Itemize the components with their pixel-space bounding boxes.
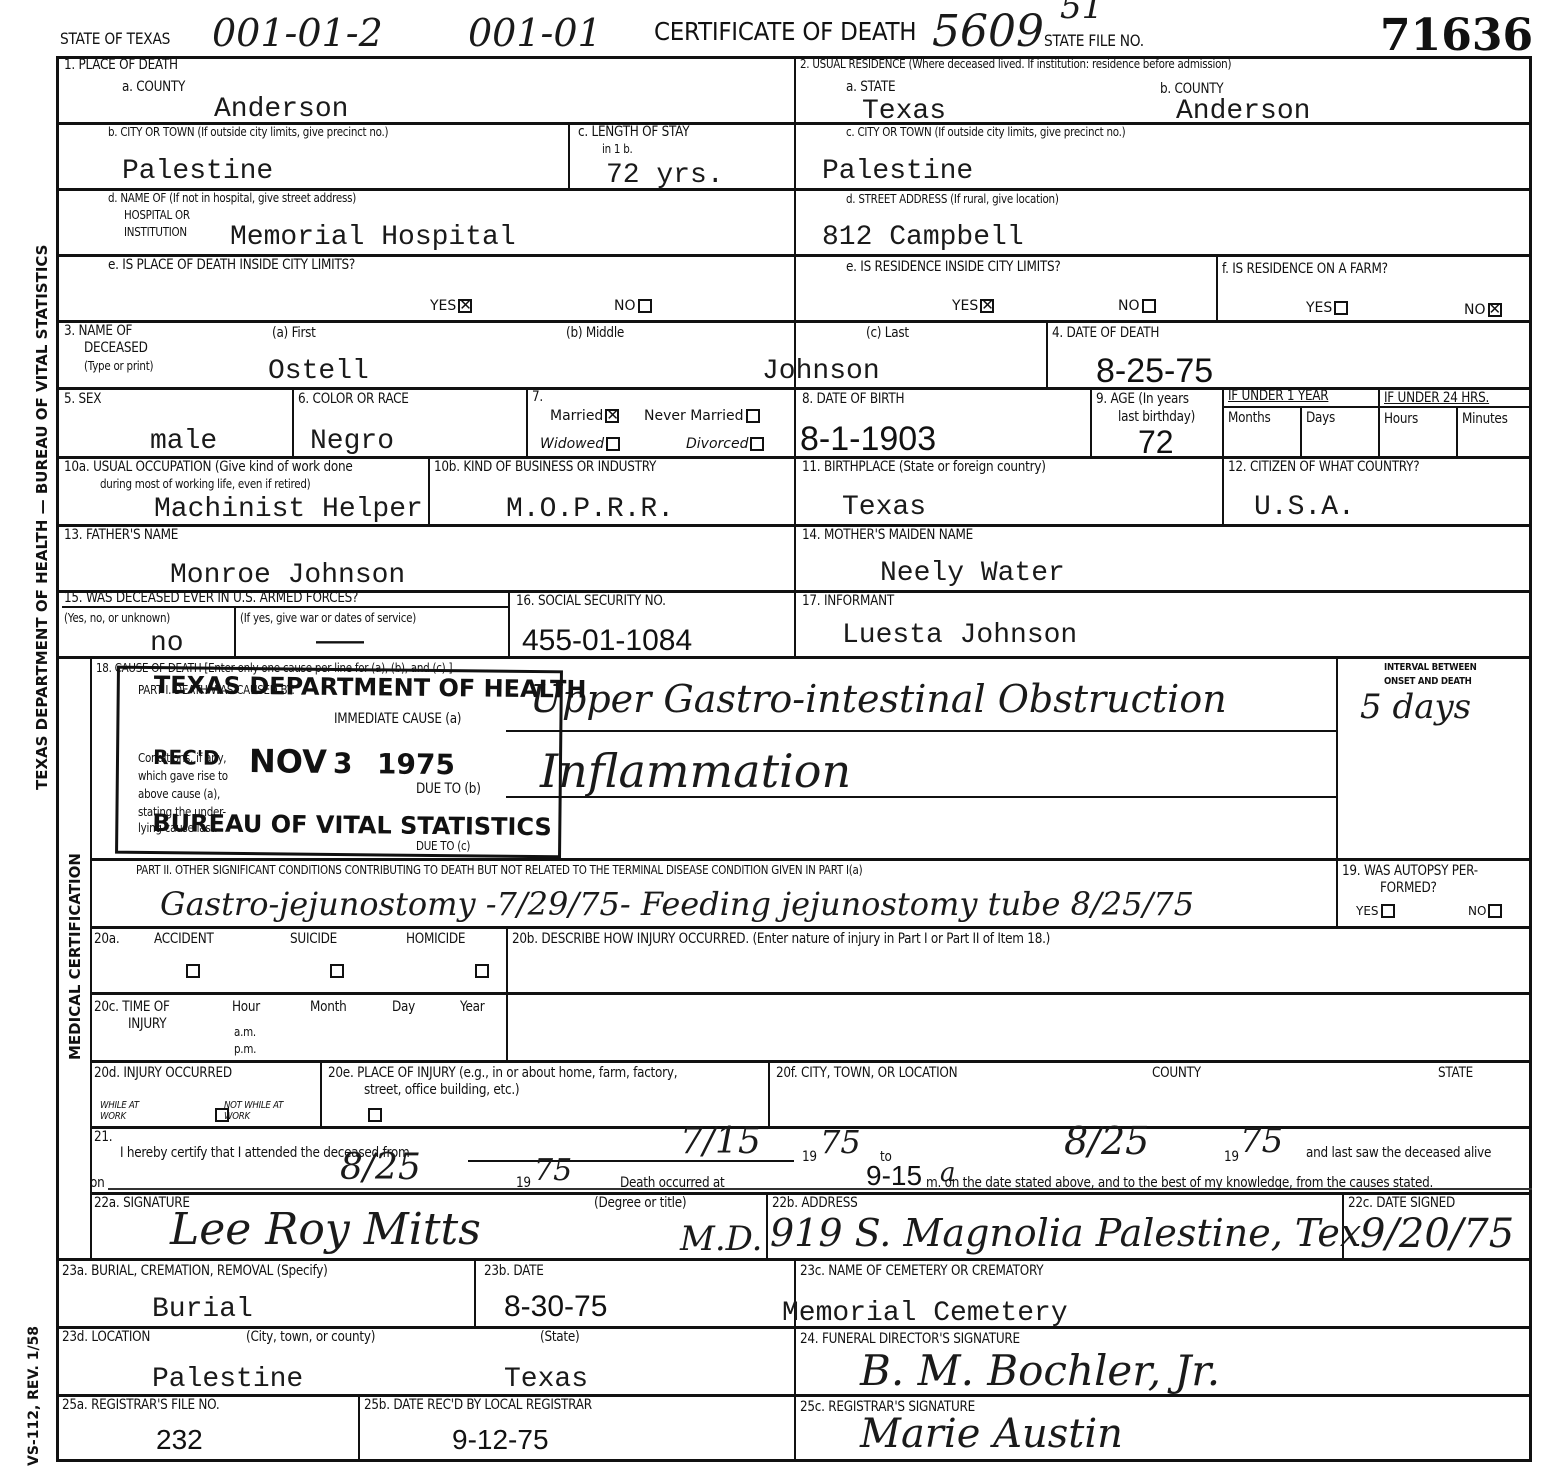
birthplace-value[interactable]: Texas <box>842 494 926 522</box>
physician-address-value[interactable]: 919 S. Magnolia Palestine, Tex <box>770 1214 1361 1252</box>
age-label: 9. AGE (In years <box>1096 392 1189 407</box>
time-of-injury-label-2: INJURY <box>128 1017 166 1032</box>
farm-no[interactable]: NO <box>1464 302 1502 318</box>
location-label: 23d. LOCATION <box>62 1330 150 1345</box>
father-label: 13. FATHER'S NAME <box>64 528 178 543</box>
while-at-work-label: WHILE AT WORK <box>100 1100 152 1122</box>
time-of-injury-label: 20c. TIME OF <box>94 1000 170 1015</box>
accident-checkbox[interactable] <box>186 964 200 978</box>
checkbox-icon[interactable] <box>1381 904 1395 918</box>
marital-married[interactable]: Married <box>550 408 619 424</box>
business-label: 10b. KIND OF BUSINESS OR INDUSTRY <box>434 460 656 475</box>
autopsy-label: 19. WAS AUTOPSY PER- <box>1342 864 1478 879</box>
handwritten-number-top: 51 <box>1060 0 1103 24</box>
date-of-birth-value[interactable]: 8-1-1903 <box>800 420 936 459</box>
to-year-prefix: 19 <box>1224 1150 1239 1165</box>
death-time-value[interactable]: 9-15 <box>866 1160 922 1192</box>
divider <box>508 590 510 656</box>
marital-divorced[interactable]: Divorced <box>686 436 764 452</box>
divider <box>1046 320 1048 387</box>
mother-label: 14. MOTHER'S MAIDEN NAME <box>802 528 973 543</box>
disposition-date-value[interactable]: 8-30-75 <box>504 1290 607 1324</box>
divider <box>526 387 528 456</box>
attended-from-year[interactable]: 75 <box>820 1126 861 1158</box>
checkbox-icon[interactable] <box>750 437 764 451</box>
suicide-checkbox[interactable] <box>330 964 344 978</box>
hour-label: Hour <box>232 1000 260 1015</box>
on-label: on <box>90 1176 104 1191</box>
armed-forces-value[interactable]: no <box>150 630 184 658</box>
disposition-label: 23a. BURIAL, CREMATION, REMOVAL (Specify… <box>62 1264 328 1279</box>
city-label: b. CITY OR TOWN (If outside city limits,… <box>108 126 388 139</box>
farm-yes[interactable]: YES <box>1306 300 1348 316</box>
location-city-label: (City, town, or county) <box>246 1330 375 1345</box>
handwritten-number: 5609 <box>932 10 1044 54</box>
death-county-value[interactable]: Anderson <box>214 96 348 124</box>
divider <box>1216 254 1218 320</box>
divider <box>1300 408 1302 456</box>
physician-address-label: 22b. ADDRESS <box>772 1196 858 1211</box>
state-label: STATE OF TEXAS <box>60 30 170 48</box>
place-of-death-label: 1. PLACE OF DEATH <box>64 58 178 73</box>
middle-name-label: (b) Middle <box>566 326 624 341</box>
street-address-value[interactable]: 812 Campbell <box>822 224 1024 252</box>
divider <box>90 1126 1532 1129</box>
armed-forces-service[interactable]: —— <box>316 628 364 656</box>
stamp-month: NOV <box>249 742 327 781</box>
stamp-year: 1975 <box>377 747 455 781</box>
checkbox-icon[interactable] <box>1142 299 1156 313</box>
divider <box>358 1394 360 1462</box>
interval-label: INTERVAL BETWEEN <box>1384 662 1477 673</box>
from-year-prefix: 19 <box>802 1150 817 1165</box>
divider <box>234 608 236 656</box>
divider <box>546 993 1532 995</box>
divider <box>90 926 1532 929</box>
stamp-bureau: BUREAU OF VITAL STATISTICS <box>152 809 552 841</box>
disposition-value[interactable]: Burial <box>152 1296 253 1324</box>
ssn-label: 16. SOCIAL SECURITY NO. <box>516 594 666 609</box>
birthplace-label: 11. BIRTHPLACE (State or foreign country… <box>802 460 1046 475</box>
location-state-value[interactable]: Texas <box>504 1366 588 1394</box>
death-occurred-label: Death occurred at <box>620 1176 724 1191</box>
divider <box>90 656 92 1258</box>
divider <box>428 456 430 524</box>
registrar-date-value[interactable]: 9-12-75 <box>452 1424 549 1456</box>
checkbox-icon[interactable] <box>1334 301 1348 315</box>
hospital-label-3: INSTITUTION <box>124 226 187 239</box>
year-label: Year <box>460 1000 484 1015</box>
homicide-label: HOMICIDE <box>406 932 465 947</box>
months-label: Months <box>1228 411 1270 426</box>
sex-value[interactable]: male <box>150 428 217 456</box>
form-number: VS-112, REV. 1/58 <box>26 1326 42 1466</box>
hospital-label-2: HOSPITAL OR <box>124 209 190 222</box>
degree-label: (Degree or title) <box>594 1196 686 1211</box>
injury-county-label: COUNTY <box>1152 1066 1201 1081</box>
divider <box>1456 408 1458 456</box>
length-of-stay-sublabel: in 1 b. <box>602 143 633 156</box>
due-to-b-value[interactable]: Inflammation <box>540 748 851 794</box>
not-while-at-work-checkbox[interactable] <box>368 1108 382 1122</box>
department-vertical-label: TEXAS DEPARTMENT OF HEALTH — BUREAU OF V… <box>33 245 51 791</box>
received-stamp: TEXAS DEPARTMENT OF HEALTH REC'D NOV 3 1… <box>115 666 563 859</box>
divider <box>794 1258 796 1462</box>
autopsy-label-2: FORMED? <box>1380 881 1437 896</box>
checkbox-checked-icon[interactable] <box>605 409 619 423</box>
not-while-at-work-label: NOT WHILE AT WORK <box>224 1100 284 1122</box>
degree-value[interactable]: M.D. <box>680 1222 762 1256</box>
divider <box>568 122 570 188</box>
suicide-label: SUICIDE <box>290 932 337 947</box>
last-name-label: (c) Last <box>866 326 909 341</box>
checkbox-checked-icon[interactable] <box>980 299 994 313</box>
registrar-file-value[interactable]: 232 <box>156 1424 203 1456</box>
accident-label: ACCIDENT <box>154 932 214 947</box>
disposition-date-label: 23b. DATE <box>484 1264 544 1279</box>
stamp-recd: REC'D <box>153 745 220 770</box>
hospital-value[interactable]: Memorial Hospital <box>230 224 516 252</box>
death-inside-limits-yes[interactable]: YES <box>430 298 472 314</box>
citizen-value[interactable]: U.S.A. <box>1254 494 1355 522</box>
divider <box>768 1060 770 1126</box>
race-value[interactable]: Negro <box>310 428 394 456</box>
last-name-value[interactable]: Johnson <box>762 358 880 386</box>
divider <box>474 1258 476 1326</box>
divider <box>56 656 1532 659</box>
farm-label: f. IS RESIDENCE ON A FARM? <box>1222 262 1388 277</box>
pm-label: p.m. <box>234 1043 256 1056</box>
length-of-stay-label: c. LENGTH OF STAY <box>578 125 689 140</box>
divider <box>1336 656 1338 856</box>
first-name-label: (a) First <box>272 326 316 341</box>
age-value[interactable]: 72 <box>1138 424 1174 461</box>
business-value[interactable]: M.O.P.R.R. <box>506 496 674 524</box>
mother-value[interactable]: Neely Water <box>880 560 1065 588</box>
month-label: Month <box>310 1000 346 1015</box>
am-label: a.m. <box>234 1026 256 1039</box>
residence-state-label: a. STATE <box>846 80 895 95</box>
residence-city-label: c. CITY OR TOWN (If outside city limits,… <box>846 126 1125 139</box>
marital-widowed[interactable]: Widowed <box>540 436 620 452</box>
occupation-label-2: during most of working life, even if ret… <box>100 478 310 491</box>
hours-label: Hours <box>1384 412 1418 427</box>
divider <box>90 858 1532 861</box>
attended-from-date[interactable]: 7/15 <box>680 1124 761 1160</box>
describe-injury-label: 20b. DESCRIBE HOW INJURY OCCURRED. (Ente… <box>512 932 1050 947</box>
ssn-value[interactable]: 455-01-1084 <box>522 624 692 658</box>
name-label: 3. NAME OF <box>64 324 132 339</box>
armed-forces-sub1: (Yes, no, or unknown) <box>64 612 170 625</box>
place-of-injury-label: 20e. PLACE OF INJURY (e.g., in or about … <box>328 1066 677 1081</box>
date-signed-value[interactable]: 9/20/75 <box>1360 1214 1514 1254</box>
homicide-checkbox[interactable] <box>475 964 489 978</box>
residence-label: 2. USUAL RESIDENCE (Where deceased lived… <box>800 58 1231 71</box>
state-file-number: 71636 <box>1380 10 1533 61</box>
informant-label: 17. INFORMANT <box>802 594 894 609</box>
residence-county-value[interactable]: Anderson <box>1176 98 1310 126</box>
divider <box>292 387 294 456</box>
state-file-label: STATE FILE NO. <box>1044 32 1144 50</box>
divider <box>506 926 508 1060</box>
location-city-value[interactable]: Palestine <box>152 1366 303 1394</box>
checkbox-icon[interactable] <box>746 409 760 423</box>
divider <box>1090 387 1092 456</box>
certificate-title: CERTIFICATE OF DEATH <box>654 18 916 46</box>
autopsy-no[interactable]: NO <box>1468 904 1502 918</box>
divider <box>90 1060 1532 1063</box>
last-seen-date[interactable]: 8/25 <box>340 1150 421 1186</box>
death-city-value[interactable]: Palestine <box>122 158 273 186</box>
name-label-2: DECEASED <box>84 341 148 356</box>
code-left: 001-01-2 <box>212 14 383 52</box>
informant-value[interactable]: Luesta Johnson <box>842 622 1077 650</box>
sex-label: 5. SEX <box>64 392 101 407</box>
day-label: Day <box>392 1000 415 1015</box>
divider <box>766 1192 768 1258</box>
checkbox-icon[interactable] <box>638 299 652 313</box>
residence-inside-limits-no[interactable]: NO <box>1118 298 1156 314</box>
attended-to-year[interactable]: 75 <box>1240 1124 1283 1158</box>
funeral-director-signature[interactable]: B. M. Bochler, Jr. <box>860 1350 1220 1392</box>
first-name-value[interactable]: Ostell <box>268 358 369 386</box>
checkbox-icon[interactable] <box>1488 904 1502 918</box>
divider <box>506 730 1336 732</box>
county-label: a. COUNTY <box>122 80 185 95</box>
under-24-label: IF UNDER 24 HRS. <box>1384 391 1489 406</box>
registrar-signature[interactable]: Marie Austin <box>860 1414 1123 1454</box>
injury-state-label: STATE <box>1438 1066 1473 1081</box>
hospital-label: d. NAME OF (If not in hospital, give str… <box>108 192 356 205</box>
interval-value[interactable]: 5 days <box>1360 690 1471 724</box>
last-seen-year[interactable]: 75 <box>534 1156 572 1186</box>
name-label-3: (Type or print) <box>84 360 153 373</box>
date-signed-label: 22c. DATE SIGNED <box>1348 1196 1455 1211</box>
location-state-label: (State) <box>540 1330 579 1345</box>
armed-forces-label: 15. WAS DECEASED EVER IN U.S. ARMED FORC… <box>64 591 358 606</box>
part2-value[interactable]: Gastro-jejunostomy -7/29/75- Feeding jej… <box>160 888 1194 920</box>
race-label: 6. COLOR OR RACE <box>298 392 409 407</box>
cemetery-value[interactable]: Memorial Cemetery <box>782 1300 1068 1328</box>
divider <box>1378 387 1380 456</box>
occupation-value[interactable]: Machinist Helper <box>154 496 423 524</box>
checkbox-icon[interactable] <box>606 437 620 451</box>
stamp-day: 3 <box>333 747 353 780</box>
date-of-death-label: 4. DATE OF DEATH <box>1052 326 1159 341</box>
interval-label-2: ONSET AND DEATH <box>1384 676 1472 687</box>
checkbox-checked-icon[interactable] <box>1488 303 1502 317</box>
physician-signature[interactable]: Lee Roy Mitts <box>170 1208 481 1252</box>
immediate-cause-value[interactable]: Upper Gastro-intestinal Obstruction <box>530 680 1227 718</box>
marital-never-married[interactable]: Never Married <box>644 408 760 424</box>
registrar-date-label: 25b. DATE REC'D BY LOCAL REGISTRAR <box>364 1398 592 1413</box>
cemetery-label: 23c. NAME OF CEMETERY OR CREMATORY <box>800 1264 1043 1279</box>
injury-city-label: 20f. CITY, TOWN, OR LOCATION <box>776 1066 957 1081</box>
part2-label: PART II. OTHER SIGNIFICANT CONDITIONS CO… <box>136 864 862 877</box>
autopsy-yes[interactable]: YES <box>1356 904 1395 918</box>
certify-label: 21. <box>94 1130 112 1145</box>
inside-city-limits-label: e. IS PLACE OF DEATH INSIDE CITY LIMITS? <box>108 258 355 273</box>
registrar-file-label: 25a. REGISTRAR'S FILE NO. <box>62 1398 219 1413</box>
residence-city-value[interactable]: Palestine <box>822 158 973 186</box>
death-inside-limits-no[interactable]: NO <box>614 298 652 314</box>
attended-to-date[interactable]: 8/25 <box>1064 1122 1149 1160</box>
certify-text-3: m. on the date stated above, and to the … <box>926 1176 1433 1191</box>
under-year-label: IF UNDER 1 YEAR <box>1228 389 1328 404</box>
days-label: Days <box>1306 411 1335 426</box>
seen-year-prefix: 19 <box>516 1176 531 1191</box>
code-mid: 001-01 <box>468 14 602 52</box>
residence-inside-limits-label: e. IS RESIDENCE INSIDE CITY LIMITS? <box>846 260 1060 275</box>
length-of-stay-value[interactable]: 72 yrs. <box>606 162 724 190</box>
injury-type-label: 20a. <box>94 932 120 947</box>
father-value[interactable]: Monroe Johnson <box>170 562 405 590</box>
certify-text-2: and last saw the deceased alive <box>1306 1146 1491 1161</box>
residence-state-value[interactable]: Texas <box>862 98 946 126</box>
minutes-label: Minutes <box>1462 412 1508 427</box>
stamp-department: TEXAS DEPARTMENT OF HEALTH <box>154 671 587 704</box>
occupation-label: 10a. USUAL OCCUPATION (Give kind of work… <box>64 460 352 475</box>
marital-label: 7. <box>532 390 543 405</box>
citizen-label: 12. CITIZEN OF WHAT COUNTRY? <box>1228 460 1419 475</box>
divider <box>320 1060 322 1126</box>
street-address-label: d. STREET ADDRESS (If rural, give locati… <box>846 193 1059 206</box>
residence-inside-limits-yes[interactable]: YES <box>952 298 994 314</box>
date-of-death-value[interactable]: 8-25-75 <box>1096 352 1213 391</box>
checkbox-checked-icon[interactable] <box>458 299 472 313</box>
place-of-injury-label-2: street, office building, etc.) <box>364 1083 519 1098</box>
injury-occurred-label: 20d. INJURY OCCURRED <box>94 1066 232 1081</box>
armed-forces-sub2: (If yes, give war or dates of service) <box>240 612 416 625</box>
date-of-birth-label: 8. DATE OF BIRTH <box>802 392 904 407</box>
